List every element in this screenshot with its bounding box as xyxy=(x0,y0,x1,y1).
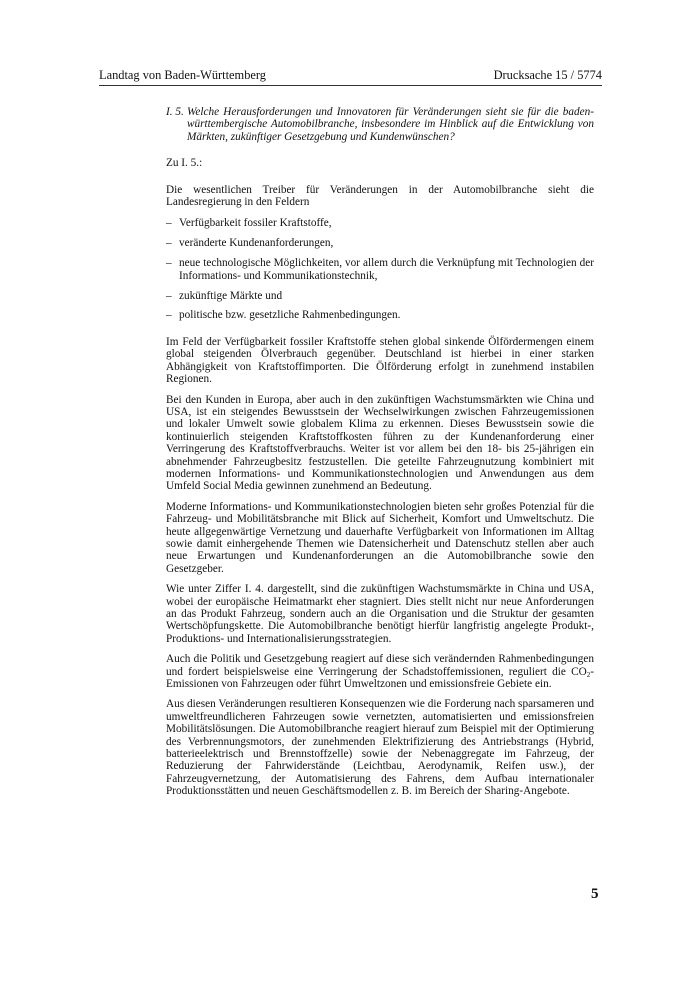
answer-heading: Zu I. 5.: xyxy=(166,157,594,169)
paragraph-politics: Auch die Politik und Gesetzgebung reagie… xyxy=(166,653,594,690)
paragraph-markets: Wie unter Ziffer I. 4. dargestellt, sind… xyxy=(166,583,594,645)
paragraph-customers: Bei den Kunden in Europa, aber auch in d… xyxy=(166,394,594,493)
dash-bullet-icon: – xyxy=(166,309,172,321)
dash-bullet-icon: – xyxy=(166,290,172,302)
question-number: I. 5. xyxy=(166,106,187,118)
driver-list: –Verfügbarkeit fossiler Kraftstoffe, –ve… xyxy=(166,217,594,321)
dash-bullet-icon: – xyxy=(166,257,172,269)
list-item: –zukünftige Märkte und xyxy=(166,290,594,302)
list-item: –Verfügbarkeit fossiler Kraftstoffe, xyxy=(166,217,594,229)
list-item: –politische bzw. gesetzliche Rahmenbedin… xyxy=(166,309,594,321)
question: I. 5.Welche Herausforderungen und Innova… xyxy=(166,106,594,143)
page-content: I. 5.Welche Herausforderungen und Innova… xyxy=(166,106,594,806)
dash-bullet-icon: – xyxy=(166,237,172,249)
question-text: Welche Herausforderungen und Innovatoren… xyxy=(187,106,594,143)
list-item: –neue technologische Möglichkeiten, vor … xyxy=(166,257,594,282)
page-header: Landtag von Baden-Württemberg Drucksache… xyxy=(99,68,602,86)
header-document-number: Drucksache 15 / 5774 xyxy=(494,68,602,83)
paragraph-consequences: Aus diesen Veränderungen resultieren Kon… xyxy=(166,698,594,797)
page-number: 5 xyxy=(591,886,599,903)
list-item: –veränderte Kundenanforderungen, xyxy=(166,237,594,249)
header-publisher: Landtag von Baden-Württemberg xyxy=(99,68,266,83)
paragraph-ict: Moderne Informations- und Kommunikations… xyxy=(166,501,594,575)
dash-bullet-icon: – xyxy=(166,217,172,229)
answer-intro: Die wesentlichen Treiber für Veränderung… xyxy=(166,184,594,209)
paragraph-fossil-fuels: Im Feld der Verfügbarkeit fossiler Kraft… xyxy=(166,336,594,386)
